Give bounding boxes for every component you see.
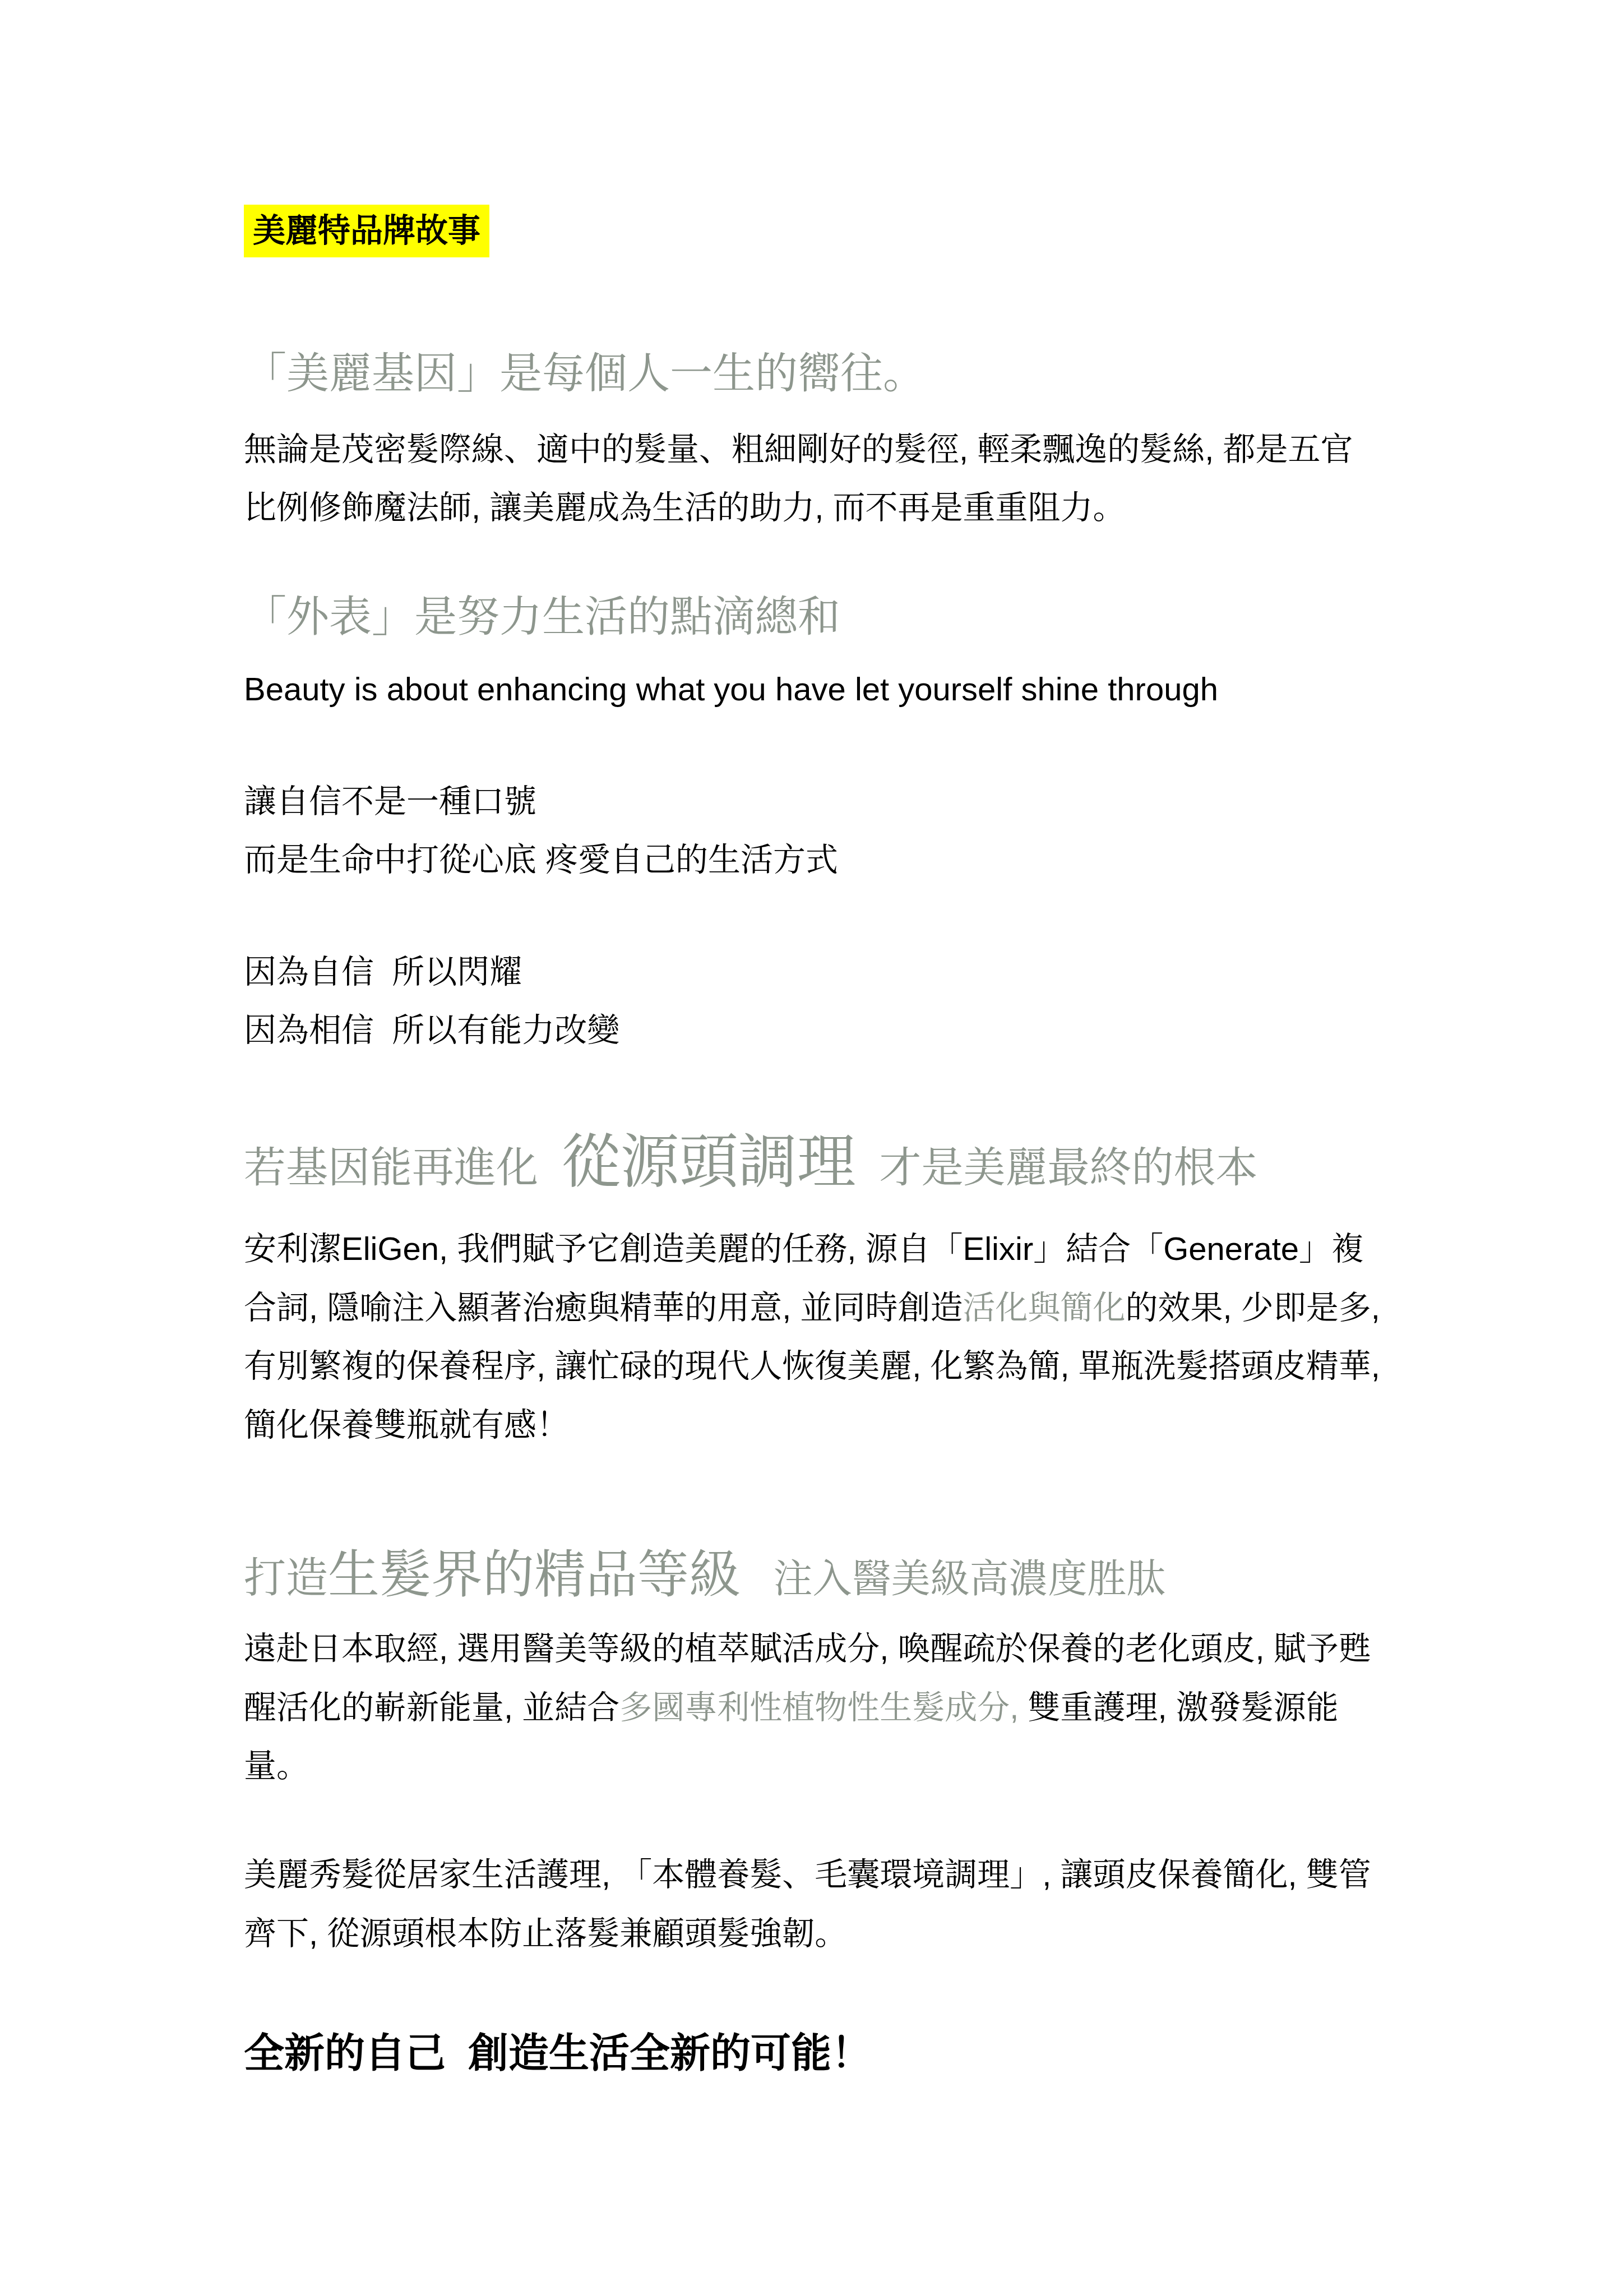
heading-source-care: 若基因能再進化 從源頭調理 才是美麗最終的根本 <box>244 1127 1383 1198</box>
paragraph-hairline: 無論是茂密髮際線、適中的髮量、粗細剛好的髮徑, 輕柔飄逸的髮絲, 都是五官比例修… <box>244 421 1383 538</box>
text-segment: 生髮界的精品等級 <box>328 1546 741 1604</box>
text-segment: 若基因能再進化 <box>244 1144 562 1191</box>
poem-line: 讓自信不是一種口號 <box>244 773 1383 831</box>
text-segment: 活化與簡化 <box>963 1290 1125 1326</box>
poem-line: 因為相信 所以有能力改變 <box>244 1001 1383 1060</box>
heading-beauty-gene: 「美麗基因」是每個人一生的嚮往。 <box>244 347 1383 400</box>
paragraph-english-slogan: Beauty is about enhancing what you have … <box>244 661 1383 719</box>
title-row: 美麗特品牌故事 <box>244 205 1383 257</box>
document-title-highlighted: 美麗特品牌故事 <box>244 205 489 257</box>
poem-belief: 因為自信 所以閃耀 因為相信 所以有能力改變 <box>244 943 1383 1060</box>
text-segment: 才是美麗最終的根本 <box>856 1144 1258 1191</box>
text-segment: 打造 <box>244 1554 328 1601</box>
poem-line: 而是生命中打從心底 疼愛自己的生活方式 <box>244 831 1383 889</box>
closing-statement: 全新的自己 創造生活全新的可能！ <box>244 2028 1383 2080</box>
text-segment: 從源頭調理 <box>562 1129 856 1195</box>
document-page: 美麗特品牌故事 「美麗基因」是每個人一生的嚮往。 無論是茂密髮際線、適中的髮量、… <box>0 0 1624 2080</box>
poem-confidence: 讓自信不是一種口號 而是生命中打從心底 疼愛自己的生活方式 <box>244 773 1383 890</box>
paragraph-eligen: 安利潔EliGen, 我們賦予它創造美麗的任務, 源自「Elixir」結合「Ge… <box>244 1220 1383 1454</box>
paragraph-japan-ingredients: 遠赴日本取經, 選用醫美等級的植萃賦活成分, 喚醒疏於保養的老化頭皮, 賦予甦醒… <box>244 1620 1383 1795</box>
paragraph-home-care: 美麗秀髮從居家生活護理, 「本體養髮、毛囊環境調理」, 讓頭皮保養簡化, 雙管齊… <box>244 1846 1383 1963</box>
heading-appearance: 「外表」是努力生活的點滴總和 <box>244 590 1383 644</box>
text-segment: 注入醫美級高濃度胜肽 <box>741 1557 1165 1601</box>
heading-premium-grade: 打造生髮界的精品等級 注入醫美級高濃度胜肽 <box>244 1544 1383 1606</box>
text-segment: 多國專利性植物性生髮成分, <box>619 1689 1019 1726</box>
poem-line: 因為自信 所以閃耀 <box>244 943 1383 1001</box>
